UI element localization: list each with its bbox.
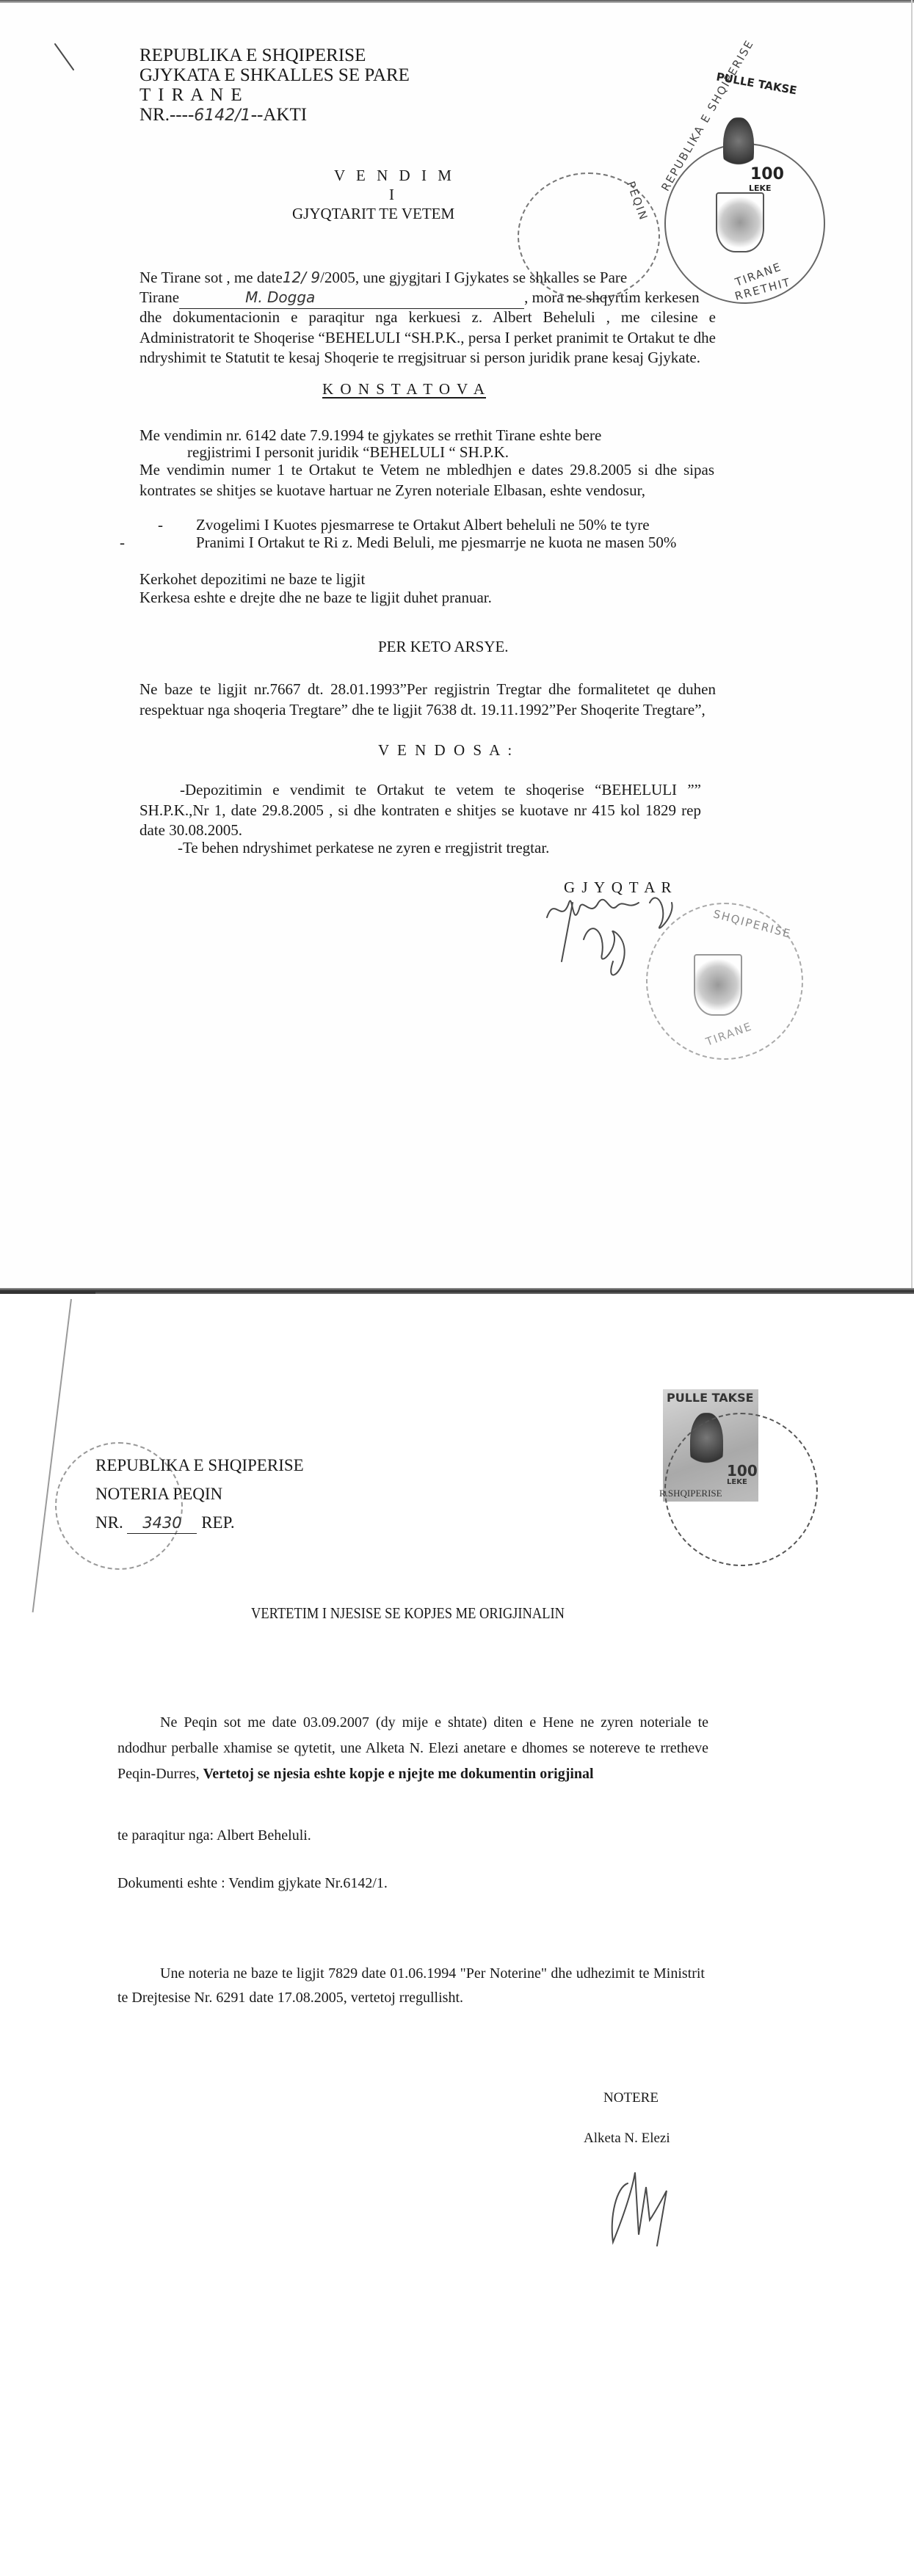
notary-label: NOTERE — [603, 2090, 659, 2106]
konstatova-heading: K O N S T A T O V A — [322, 380, 486, 399]
decision-subtitle: GJYQTARIT TE VETEM — [292, 205, 454, 223]
vendosa-item-1: -Depozitimin e vendimit te Ortakut te ve… — [139, 780, 701, 841]
court-header-line2: GJYKATA E SHKALLES SE PARE — [139, 65, 410, 85]
court-header-line1: REPUBLIKA E SHQIPERISE — [139, 46, 366, 65]
certification-paragraph: Ne Peqin sot me date 03.09.2007 (dy mije… — [117, 1710, 708, 1787]
document-reference: Dokumenti eshte : Vendim gjykate Nr.6142… — [117, 1874, 388, 1894]
notary-rep-number: NR. 3430 REP. — [95, 1513, 235, 1534]
vendosa-item-2: -Te behen ndryshimet perkatese ne zyren … — [178, 838, 549, 859]
court-header-city: T I R A N E — [139, 85, 244, 105]
judge-name-handwritten: M. Dogga — [179, 288, 524, 309]
intro-paragraph: dhe dokumentacionin e paraqitur nga kerk… — [139, 308, 716, 368]
rep-number-suffix: REP. — [201, 1513, 234, 1532]
scan-right-edge — [911, 0, 913, 1290]
rep-number-handwritten: 3430 — [127, 1513, 197, 1534]
court-coat-of-arms-icon — [694, 954, 742, 1016]
scan-top-edge — [0, 0, 914, 3]
decision-title-of: I — [389, 186, 398, 204]
tax-stamp-page2-label: PULLE TAKSE — [667, 1391, 754, 1405]
intro-line1: Ne Tirane sot , me date12/ 9/2005, une g… — [139, 268, 627, 288]
bullet-item: -Pranimi I Ortakut te Ri z. Medi Beluli,… — [158, 533, 716, 553]
certification-title: VERTETIM I NJESISE SE KOPJES ME ORIGJINA… — [251, 1604, 565, 1623]
presented-by: te paraqitur nga: Albert Beheluli. — [117, 1826, 311, 1847]
case-number-prefix: NR.---- — [139, 105, 194, 125]
court-case-number: NR.----6142/1--AKTI — [139, 105, 307, 125]
notary-header-line2: NOTERIA PEQIN — [95, 1484, 222, 1504]
pen-mark-icon — [51, 40, 81, 77]
intro-line2: TiraneM. Dogga, mora ne shqyrtim kerkese… — [139, 288, 716, 309]
deposit-line: Kerkohet depozitimi ne baze te ligjit — [139, 570, 365, 590]
page-separator — [0, 1288, 914, 1294]
reasons-paragraph: Ne baze te ligjit nr.7667 dt. 28.01.1993… — [139, 680, 716, 720]
bullet-text: Pranimi I Ortakut te Ri z. Medi Beluli, … — [196, 534, 676, 551]
tax-stamp-value: 100 — [750, 165, 784, 183]
notary-header-line1: REPUBLIKA E SHQIPERISE — [95, 1455, 304, 1475]
vendosa-heading: V E N D O S A : — [378, 741, 514, 760]
intro-text: Ne Tirane sot , me date — [139, 269, 283, 286]
date-handwritten: 12/ 9 — [283, 269, 320, 286]
case-number-suffix: --AKTI — [251, 105, 307, 125]
bullet-text: Zvogelimi I Kuotes pjesmarrese te Ortaku… — [196, 516, 650, 534]
notary-signature-icon — [602, 2165, 690, 2249]
notary-name: Alketa N. Elezi — [584, 2131, 670, 2147]
decision-title: V E N D I M — [334, 167, 455, 185]
konstatova-paragraph: Me vendimin numer 1 te Ortakut te Vetem … — [139, 460, 714, 501]
intro-text-cont: /2005, une gjygjtari I Gjykates se shkal… — [320, 269, 627, 286]
certification-bold-text: Vertetoj se njesia eshte kopje e njejte … — [203, 1766, 594, 1782]
bullet-dash: - — [158, 533, 196, 553]
legal-basis-paragraph: Une noteria ne baze te ligjit 7829 date … — [117, 1962, 705, 2010]
coat-of-arms-icon — [716, 192, 764, 252]
intro-text-cont2: , mora ne shqyrtim kerkesen — [524, 288, 700, 306]
rep-number-prefix: NR. — [95, 1513, 123, 1532]
reasons-heading: PER KETO ARSYE. — [378, 637, 509, 658]
intro-city: Tirane — [139, 288, 179, 306]
case-number-handwritten: 6142/1 — [194, 106, 250, 125]
notary-round-stamp-2 — [664, 1413, 818, 1566]
request-line: Kerkesa eshte e drejte dhe ne baze te li… — [139, 588, 492, 608]
tax-stamp-portrait-icon — [723, 117, 754, 176]
